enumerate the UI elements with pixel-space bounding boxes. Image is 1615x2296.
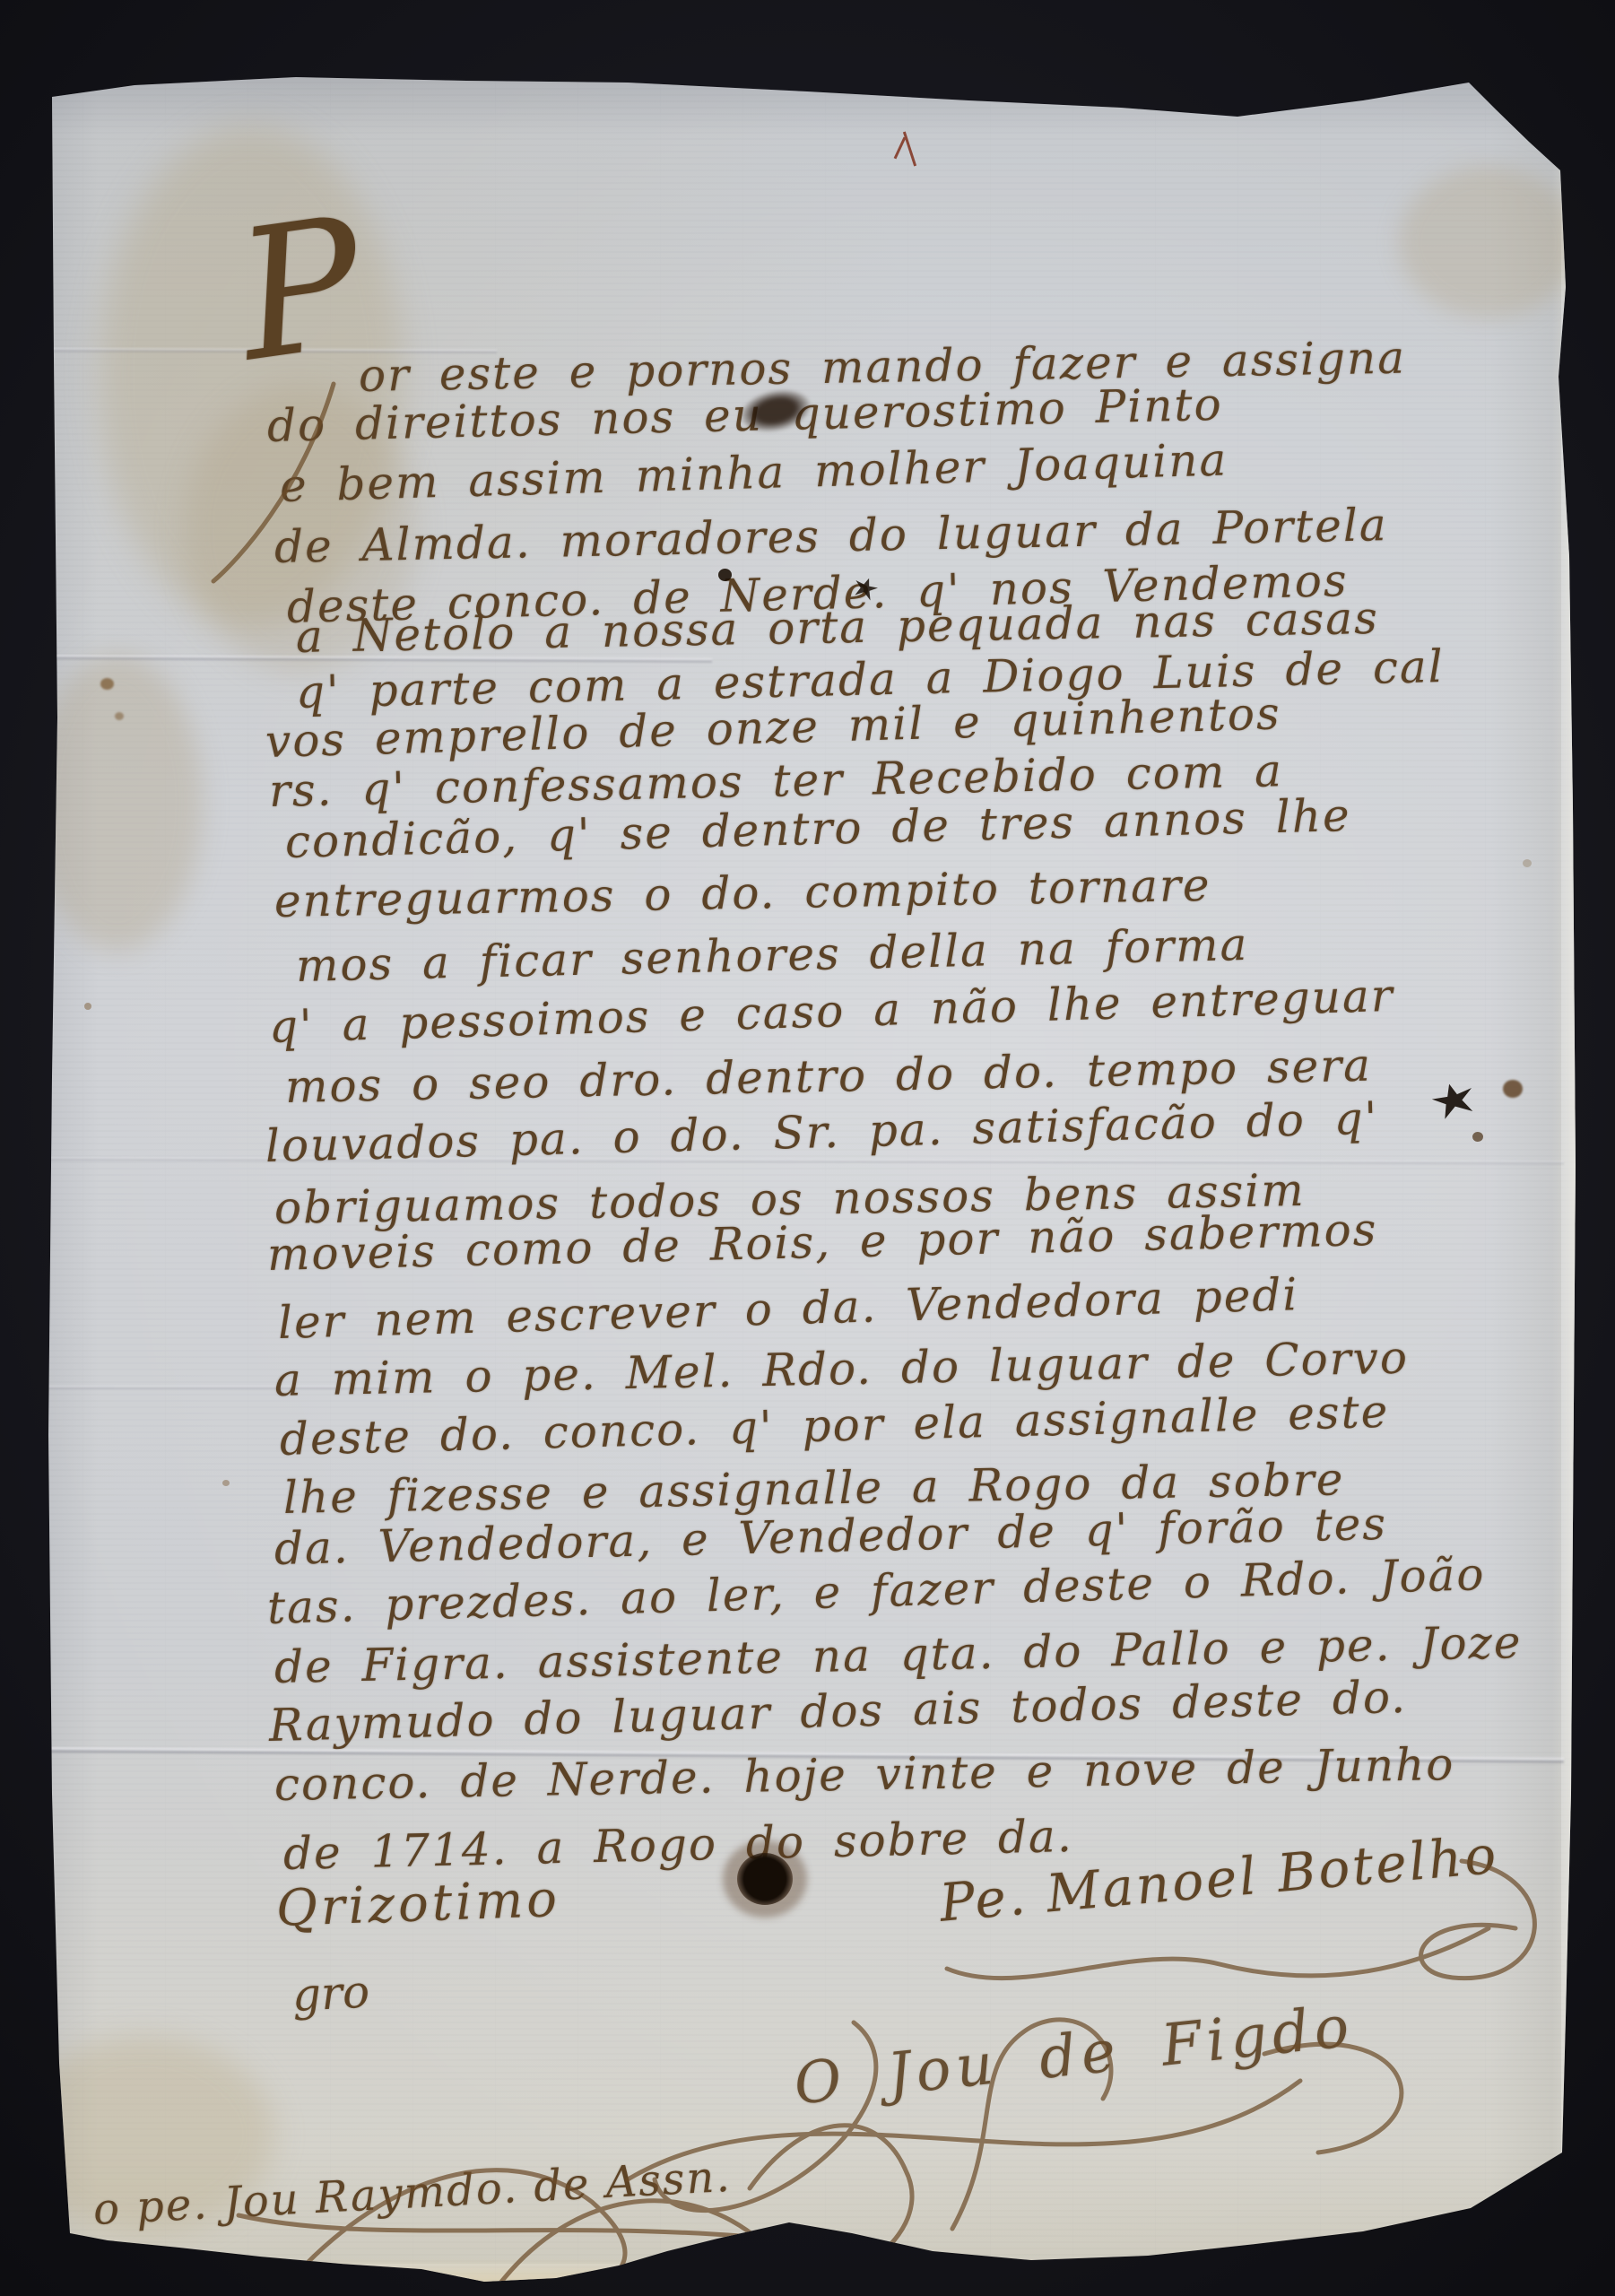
top-edge-shadow (0, 0, 1615, 135)
red-fiber-mark (894, 137, 907, 160)
manuscript-photo: P or este e pornos mando fazer e assigna… (0, 0, 1615, 2296)
stain-top-right-corner (1399, 166, 1578, 318)
ink-splatter (1429, 1079, 1478, 1123)
stain-left-middle (32, 655, 203, 951)
ink-dot (1503, 1080, 1523, 1098)
ink-dot (718, 569, 732, 581)
principal-signature: O Jou de Figdo (791, 1994, 1357, 2118)
handwritten-line-11: entreguarmos o do. compito tornare (274, 861, 1211, 926)
left-edge-shadow (9, 0, 99, 2296)
closing-word-2: gro (291, 1966, 370, 2022)
handwritten-line-27: de 1714. a Rogo do sobre da. (282, 1812, 1073, 1879)
left-edge-highlight (0, 0, 11, 2296)
foxing-spot (222, 1480, 230, 1486)
drop-cap-initial: P (229, 194, 373, 388)
foxing-spot (115, 712, 124, 720)
right-edge-shade (1489, 0, 1561, 2296)
foxing-spot (84, 1003, 91, 1010)
foxing-spot (100, 678, 114, 690)
ink-dot (1472, 1132, 1483, 1142)
bottom-left-signature: o pe. Jou Raymdo. de Assn. (92, 2152, 733, 2235)
right-edge-highlight (1552, 0, 1576, 2296)
torn-bottom-edge (0, 2258, 1615, 2289)
foxing-spot (1523, 859, 1532, 867)
closing-word: Qrizotimo (275, 1870, 561, 1938)
red-fiber-mark (903, 132, 916, 167)
handwritten-line-26: conco. de Nerde. hoje vinte e nove de Ju… (274, 1740, 1455, 1810)
ink-blot (737, 1853, 793, 1905)
paper-sheet: P or este e pornos mando fazer e assigna… (0, 0, 1615, 2296)
